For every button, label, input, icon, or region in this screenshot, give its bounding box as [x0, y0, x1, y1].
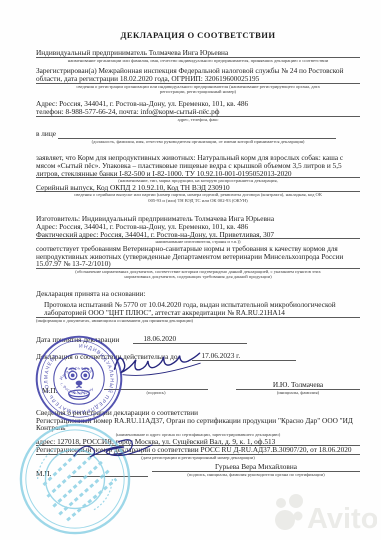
compliance-line3: 15.07.97 № 13-7-2/1010)	[36, 260, 360, 269]
certifier-signature-line	[70, 464, 148, 477]
in-person-label: в лице	[36, 130, 56, 138]
declaration-document: ДЕКЛАРАЦИЯ О СООТВЕТСТВИИ Индивидуальный…	[0, 0, 381, 540]
declarant-signature-row: М.П. (подпись) И.Ю. Толмачева (инициалы,…	[36, 375, 360, 395]
registration-number-line: Регистрационный номер декларации о соотв…	[36, 446, 360, 455]
statement-line3: литров, стеклянные банки I-82-500 и I-82…	[36, 170, 360, 179]
certifier-signature-row: М.П. Гурьева Вера Михайловна (подпись, и…	[36, 463, 360, 477]
contact-caption: адрес, телефон, факс	[36, 117, 360, 122]
document-content: ДЕКЛАРАЦИЯ О СООТВЕТСТВИИ Индивидуальный…	[36, 30, 360, 477]
mp-label: М.П.	[36, 387, 104, 395]
certifier-name: Гурьева Вера Михайловна	[152, 463, 360, 472]
declarant-sign-caption: (инициалы, фамилия)	[277, 390, 319, 395]
declarant-name-caption: наименование организации или фамилия, им…	[36, 58, 360, 63]
signature-caption: (подпись)	[146, 390, 165, 395]
in-person-blank	[58, 130, 336, 139]
document-title: ДЕКЛАРАЦИЯ О СООТВЕТСТВИИ	[36, 30, 360, 40]
serial-line: Серийный выпуск, Код ОКПД 2 10.92.10, Ко…	[36, 184, 360, 193]
adoption-date-value: 18.06.2020	[133, 335, 247, 344]
registration-number-caption: (дата регистрации и регистрационный номе…	[36, 455, 360, 460]
adoption-date-row: Дата принятия декларации 18.06.2020	[36, 335, 360, 344]
avito-watermark: Avito	[271, 492, 377, 536]
declarant-name-column: И.Ю. Толмачева (инициалы, фамилия)	[236, 381, 360, 395]
basis-caption: (информация о документах, являющихся осн…	[36, 318, 360, 323]
certifier-name-column: Гурьева Вера Михайловна (подпись, инициа…	[152, 463, 360, 477]
compliance-caption2: нормативных документов, содержащих требо…	[36, 274, 360, 279]
valid-date-row: Декларация о соответствии действительна …	[36, 352, 360, 361]
serial-caption2: 005-93 и (или) ТН ВЭД ТС или ОК 002-93 (…	[36, 198, 360, 203]
in-person-row: в лице	[36, 130, 360, 139]
registration-line2: области, дата регистрации 18.02.2020 год…	[36, 75, 360, 84]
valid-date-label: Декларация о соответствии действительна …	[36, 353, 178, 361]
declarant-phone: телефон: 8-988-577-66-24, почта: info@ко…	[36, 108, 360, 117]
avito-watermark-label: Avito	[307, 503, 377, 535]
basis-heading: Декларация принята на основании:	[36, 290, 360, 298]
manufacturer-actual-address: Фактический адрес: Россия, 344041, г. Ро…	[36, 231, 360, 240]
signature-column: (подпись)	[104, 375, 208, 395]
valid-date-value: 17.06.2023 г.	[192, 352, 296, 361]
avito-logo-icon	[275, 494, 303, 530]
in-person-caption: (должность, фамилия, имя, отчество руков…	[36, 139, 360, 144]
signature-line	[104, 375, 208, 390]
certifier-caption: (подпись, инициалы, фамилия руководителя…	[187, 472, 324, 477]
registration-caption2: регистрации, регистрационный номер)	[36, 89, 360, 94]
adoption-date-label: Дата принятия декларации	[36, 336, 119, 344]
declarant-name: Индивидуальный предприниматель Толмачева…	[36, 49, 360, 58]
declarant-sign-name: И.Ю. Толмачева	[236, 381, 360, 390]
basis-line2: лабораторией ООО "ЦНТ ПЛЮС", аттестат ак…	[36, 309, 360, 318]
certifier-mp-label: М.П.	[36, 470, 70, 478]
registration-org-line1: Регистрационный номер RA.RU.11АД37, Орга…	[36, 417, 360, 425]
registration-org-line2: Контроль"	[36, 424, 360, 432]
